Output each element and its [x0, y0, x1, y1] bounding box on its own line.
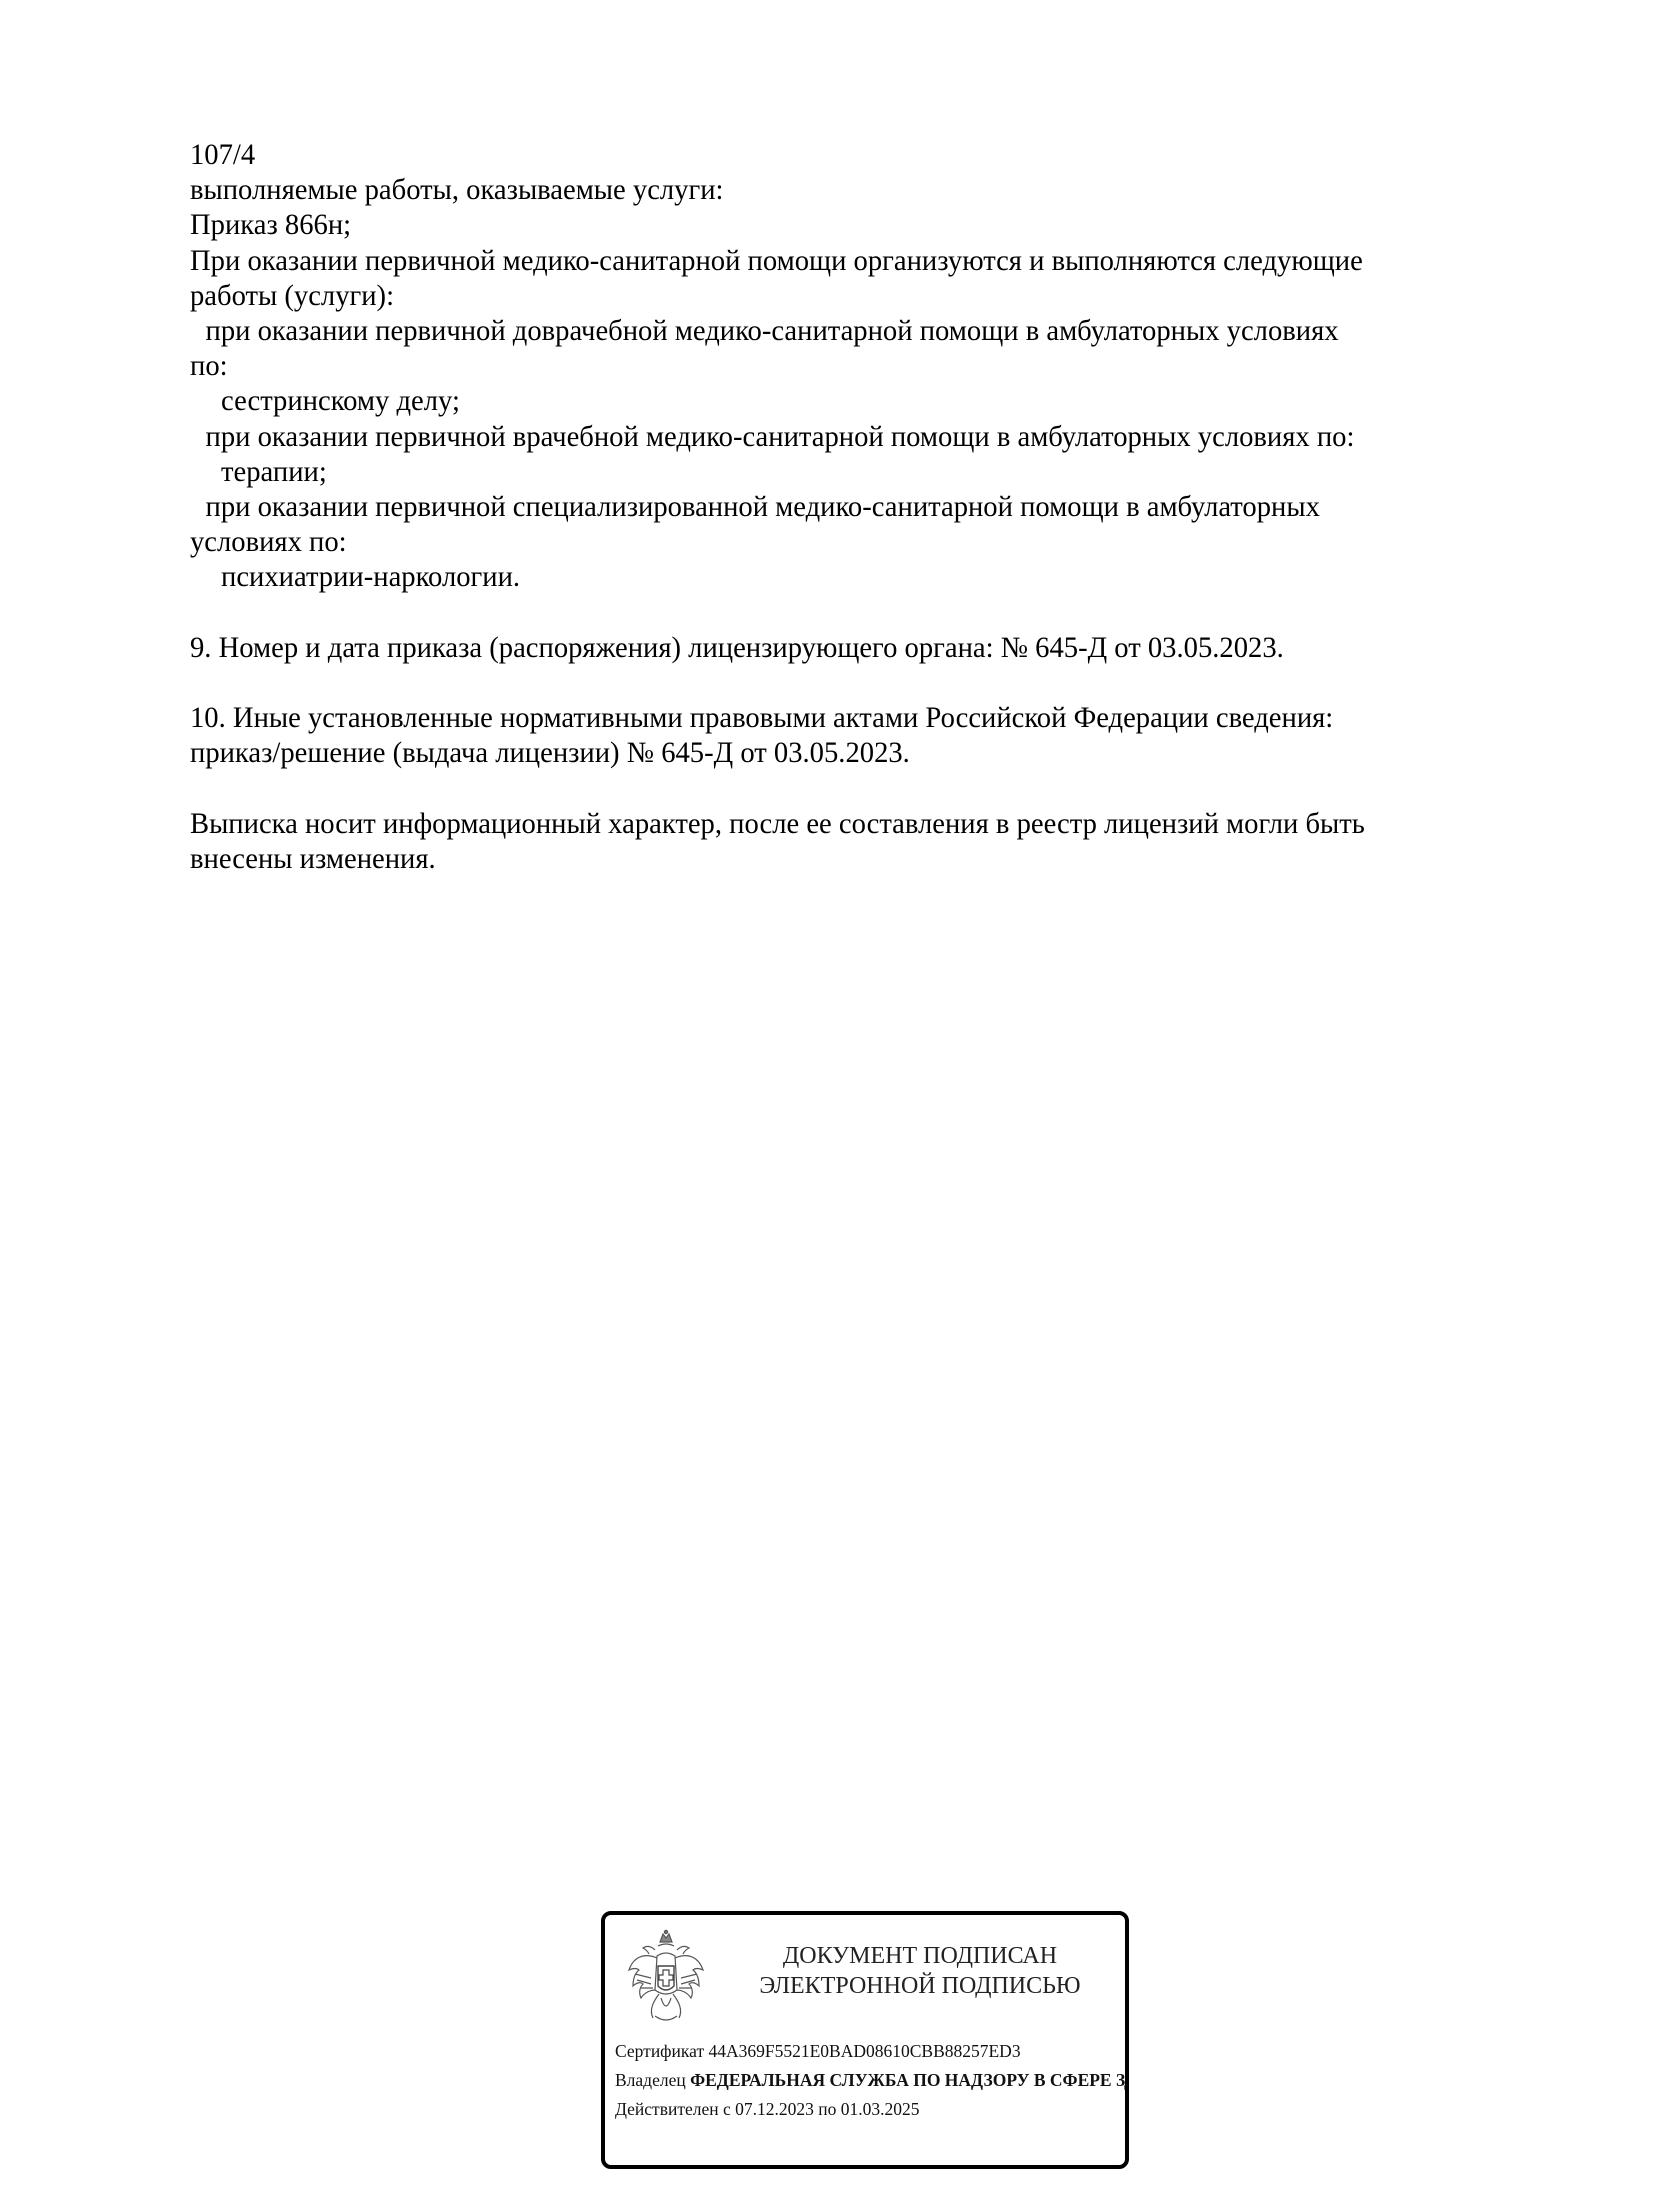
registry-number-line: 107/4: [190, 138, 1548, 173]
owner-row: Владелец ФЕДЕРАЛЬНАЯ СЛУЖБА ПО НАДЗОРУ В…: [615, 2066, 1129, 2095]
prehospital-care-line-2: по:: [190, 349, 1548, 384]
order-reference: Приказ 866н;: [190, 208, 1548, 243]
service-psychiatry-narcology: психиатрии-наркологии.: [190, 560, 1548, 595]
owner-value: ФЕДЕРАЛЬНАЯ СЛУЖБА ПО НАДЗОРУ В СФЕРЕ ЗД…: [690, 2070, 1129, 2090]
document-body: 107/4 выполняемые работы, оказываемые ус…: [190, 138, 1548, 877]
spacer: [190, 666, 1548, 701]
disclaimer-line-2: внесены изменения.: [190, 842, 1548, 877]
physician-care-line: при оказании первичной врачебной медико-…: [190, 420, 1548, 455]
stamp-title-line-2: ЭЛЕКТРОННОЙ ПОДПИСЬЮ: [720, 1971, 1120, 2001]
services-intro-line-1: При оказании первичной медико-санитарной…: [190, 244, 1548, 279]
services-intro-line-2: работы (услуги):: [190, 279, 1548, 314]
disclaimer-line-1: Выписка носит информационный характер, п…: [190, 807, 1548, 842]
validity-row: Действителен с 07.12.2023 по 01.03.2025: [615, 2095, 1129, 2124]
certificate-value: 44A369F5521E0BAD08610CBB88257ED3: [708, 2041, 1020, 2061]
validity-value: с 07.12.2023 по 01.03.2025: [723, 2099, 920, 2119]
service-nursing: сестринскому делу;: [190, 384, 1548, 419]
works-services-heading: выполняемые работы, оказываемые услуги:: [190, 173, 1548, 208]
certificate-label: Сертификат: [615, 2041, 704, 2061]
section-9-order-number: 9. Номер и дата приказа (распоряжения) л…: [190, 631, 1548, 666]
validity-label: Действителен: [615, 2099, 719, 2119]
double-headed-eagle-emblem-icon: [625, 1928, 707, 2028]
service-therapy: терапии;: [190, 455, 1548, 490]
stamp-details: Сертификат 44A369F5521E0BAD08610CBB88257…: [615, 2037, 1129, 2124]
spacer: [190, 772, 1548, 807]
section-10-line-1: 10. Иные установленные нормативными прав…: [190, 701, 1548, 736]
certificate-row: Сертификат 44A369F5521E0BAD08610CBB88257…: [615, 2037, 1129, 2066]
prehospital-care-line-1: при оказании первичной доврачебной медик…: [190, 314, 1548, 349]
owner-label: Владелец: [615, 2070, 686, 2090]
specialized-care-line-1: при оказании первичной специализированно…: [190, 490, 1548, 525]
spacer: [190, 596, 1548, 631]
electronic-signature-stamp: ДОКУМЕНТ ПОДПИСАН ЭЛЕКТРОННОЙ ПОДПИСЬЮ С…: [601, 1911, 1129, 2169]
section-10-line-2: приказ/решение (выдача лицензии) № 645-Д…: [190, 736, 1548, 771]
specialized-care-line-2: условиях по:: [190, 525, 1548, 560]
stamp-title-line-1: ДОКУМЕНТ ПОДПИСАН: [720, 1941, 1120, 1971]
stamp-title: ДОКУМЕНТ ПОДПИСАН ЭЛЕКТРОННОЙ ПОДПИСЬЮ: [720, 1941, 1120, 2001]
